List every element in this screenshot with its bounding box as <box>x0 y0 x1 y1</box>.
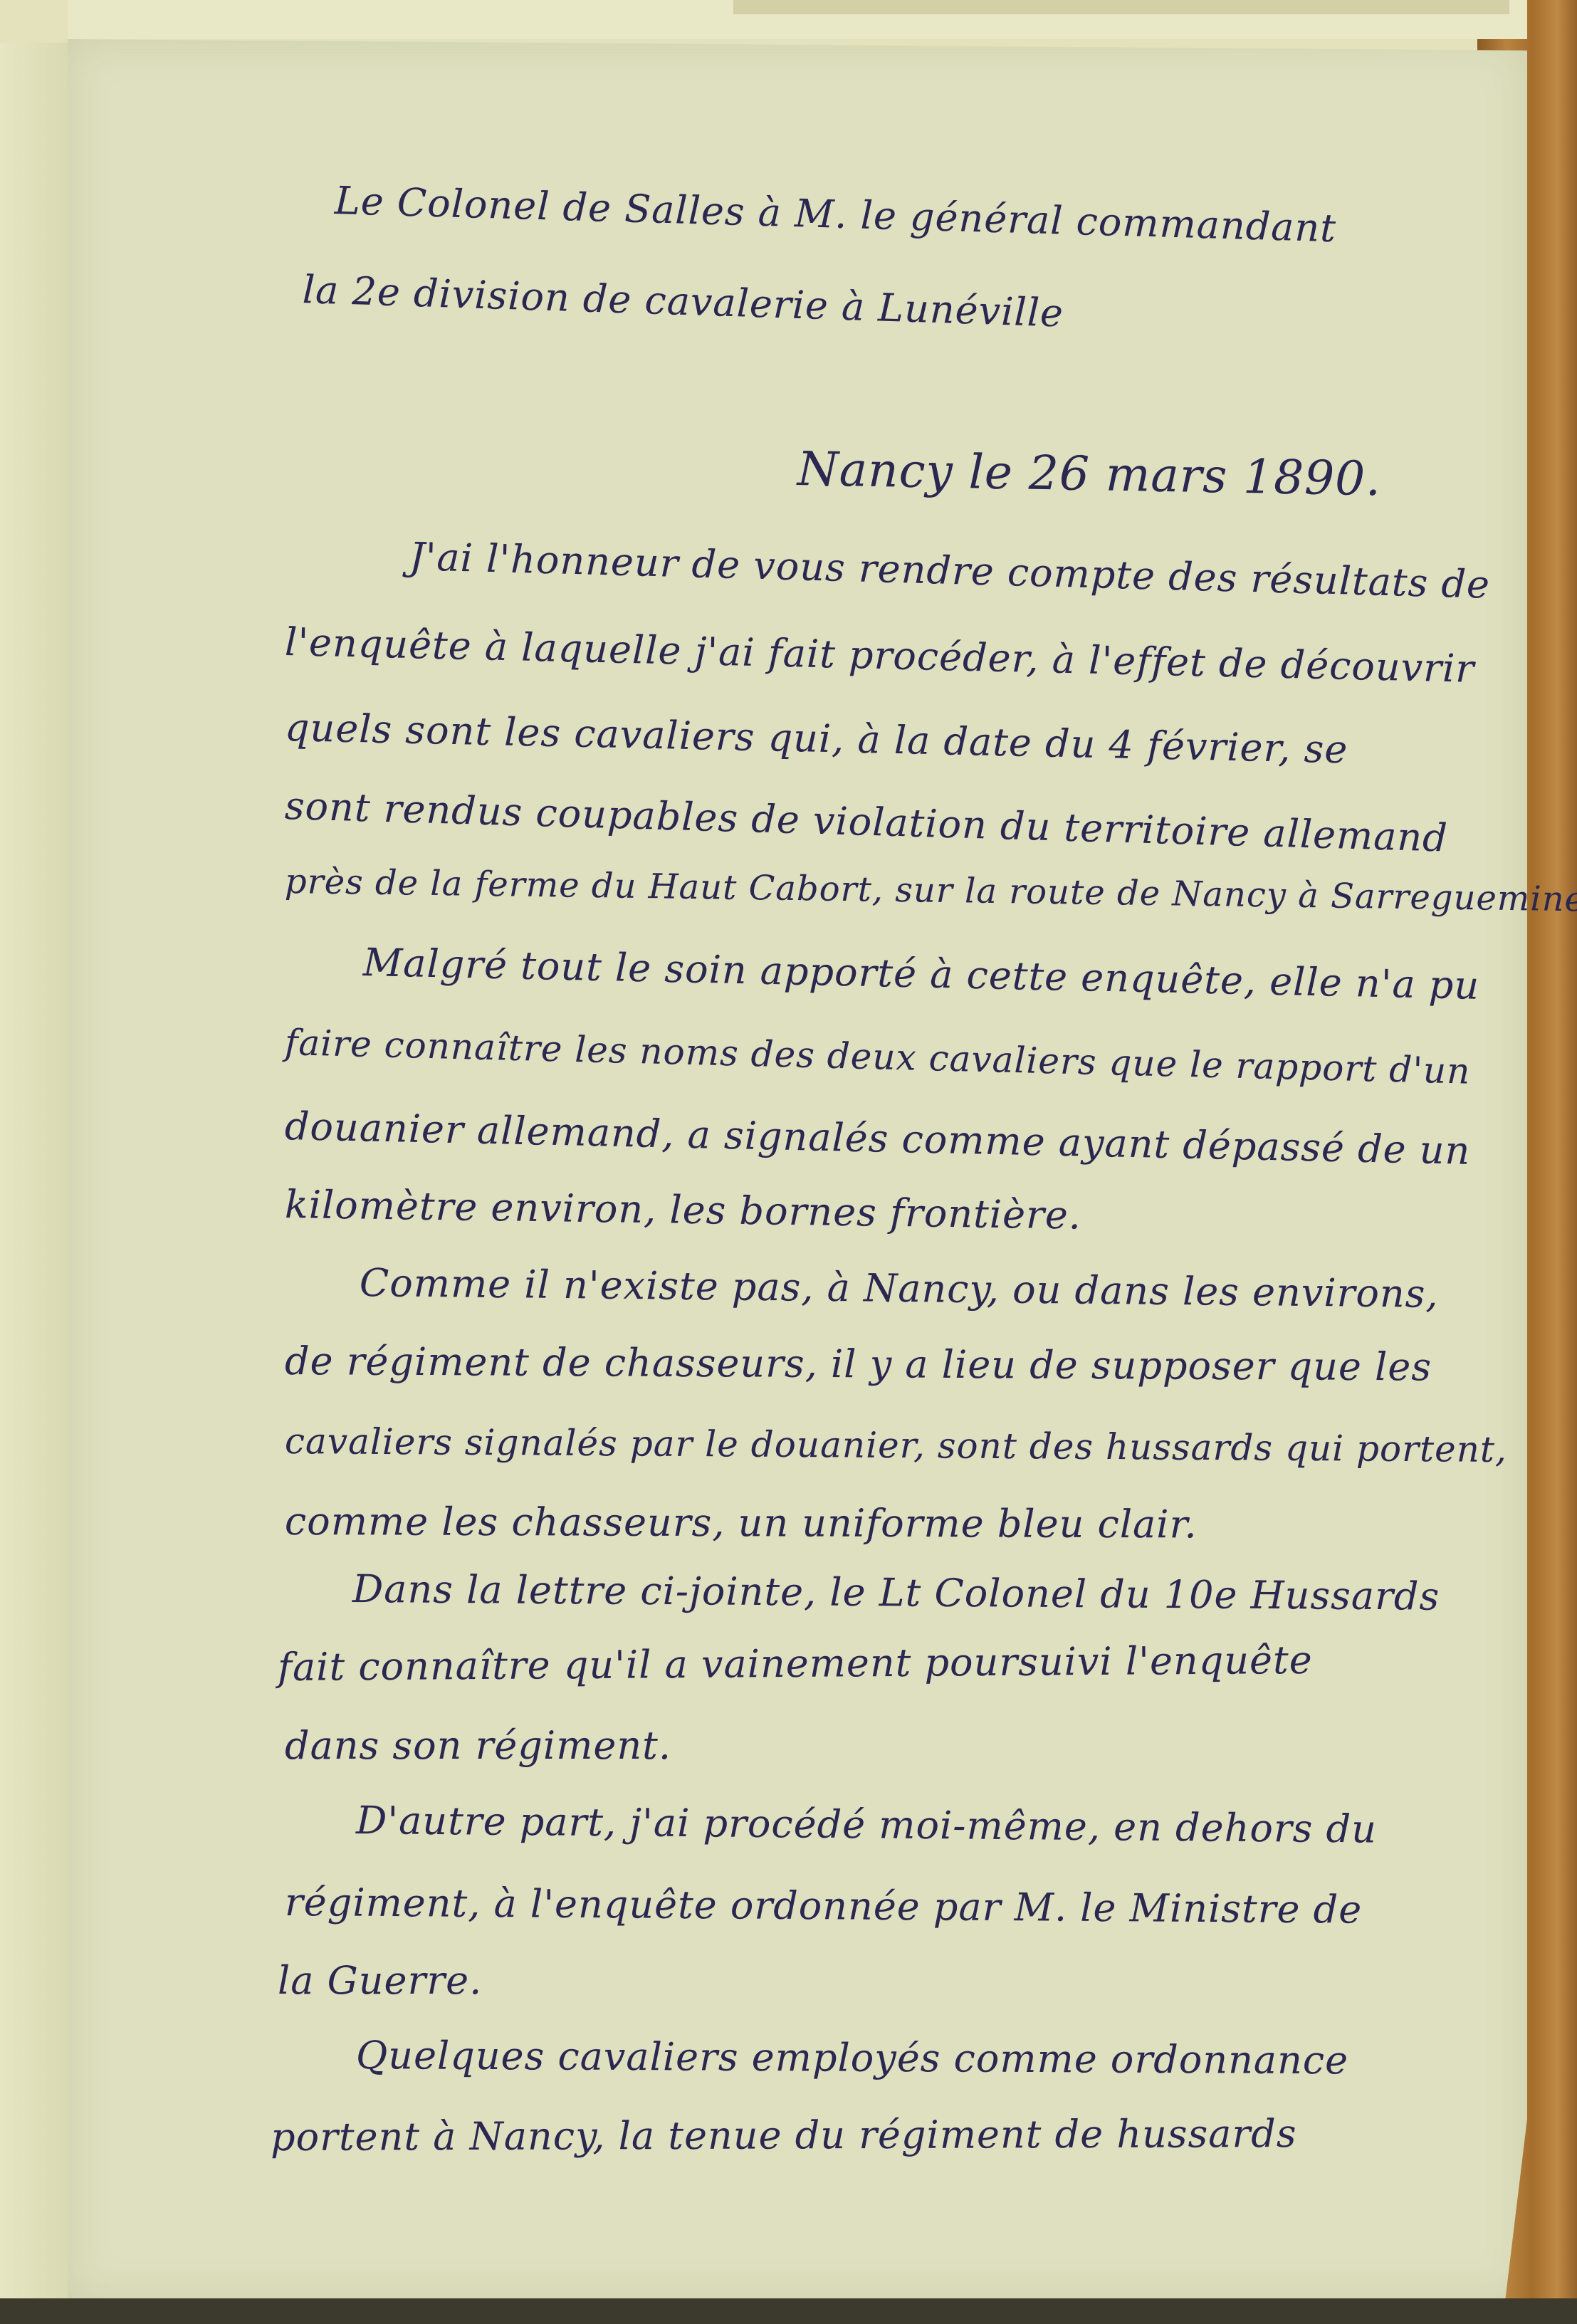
body-line: régiment, à l'enquête ordonnée par M. le… <box>285 1880 1363 1932</box>
body-line: de régiment de chasseurs, il y a lieu de… <box>285 1339 1432 1389</box>
body-line: dans son régiment. <box>285 1723 671 1768</box>
body-line: la Guerre. <box>278 1958 482 2003</box>
body-line: D'autre part, j'ai procédé moi-même, en … <box>356 1798 1377 1852</box>
folder-left-edge <box>0 43 69 2307</box>
body-line: fait connaître qu'il a vainement poursui… <box>278 1638 1313 1690</box>
body-line: Dans la lettre ci-jointe, le Lt Colonel … <box>352 1566 1440 1619</box>
dateline: Nancy le 26 mars 1890. <box>797 441 1381 506</box>
body-line: portent à Nancy, la tenue du régiment de… <box>271 2111 1297 2160</box>
body-line: Quelques cavaliers employés comme ordonn… <box>356 2033 1348 2083</box>
body-line: comme les chasseurs, un uniforme bleu cl… <box>285 1499 1198 1546</box>
body-line: cavaliers signalés par le douanier, sont… <box>285 1420 1507 1470</box>
bottom-shadow <box>0 2298 1577 2324</box>
top-folder-tab <box>733 0 1509 14</box>
